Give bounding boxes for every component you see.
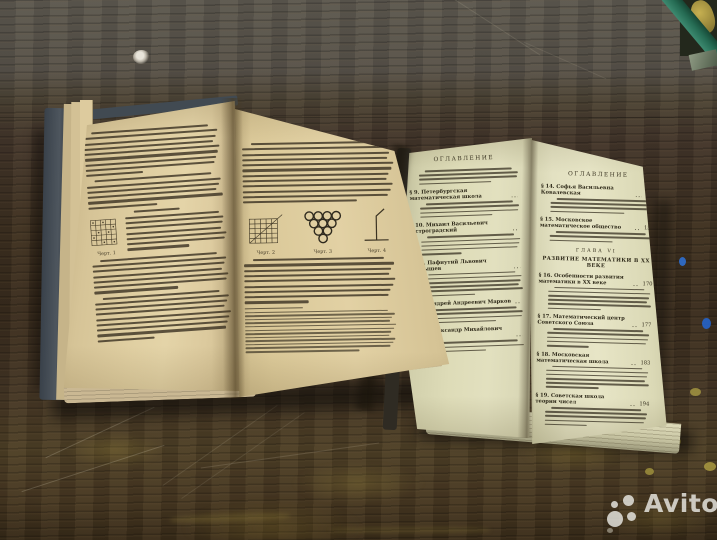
text-line — [550, 239, 612, 242]
photo-scene: ОГЛАВЛЕНИЕ § 9. Петербургская математиче… — [0, 0, 717, 540]
text-line — [557, 198, 646, 202]
figure-caption: Черт. 4 — [362, 249, 392, 255]
toc-entry: § 14. Софья Васильевна Ковалевская144 — [540, 184, 655, 215]
text-line — [546, 378, 645, 382]
text-line — [556, 231, 645, 235]
text-line — [551, 206, 651, 210]
toc-entry-title: § 15. Московское математическое общество… — [540, 217, 654, 232]
text-line — [546, 374, 646, 378]
toc-page-number: 194 — [639, 401, 649, 407]
text-line — [127, 244, 189, 250]
green-object — [652, 0, 717, 90]
text-line — [548, 299, 647, 303]
text-line — [244, 283, 393, 288]
toc-entry: § 17. Математический центр Советского Со… — [537, 314, 652, 349]
text-line — [243, 178, 387, 183]
figure-caption: Черт. 3 — [300, 250, 345, 256]
toc-header: ОГЛАВЛЕНИЕ — [408, 154, 519, 164]
chapter-label: ГЛАВА VI — [539, 248, 653, 256]
footnote-paragraph — [245, 309, 398, 353]
paragraph — [244, 257, 397, 304]
toc-entry-description — [540, 198, 654, 215]
figure-chert-1: Черт. 1 — [89, 217, 122, 257]
left-book-gutter-shadow — [221, 98, 246, 398]
text-line — [552, 407, 641, 411]
paragraph — [87, 172, 225, 210]
text-line — [244, 289, 390, 294]
text-line — [545, 419, 644, 423]
text-line — [242, 167, 391, 172]
figure-chert-3: Черт. 3 — [300, 210, 346, 256]
text-line — [554, 328, 643, 332]
dot-leader — [632, 326, 638, 327]
toc-chapter-heading: ГЛАВА VIРАЗВИТИЕ МАТЕМАТИКИ В XX ВЕКЕ — [539, 248, 653, 270]
paint-spot-yellow — [704, 462, 716, 471]
centered-reference-line — [134, 207, 180, 212]
text-line — [243, 199, 357, 203]
paragraph — [92, 251, 230, 294]
text-line — [548, 307, 601, 310]
text-line — [242, 151, 389, 156]
paint-spot-blue — [702, 318, 711, 329]
toc-intro-paragraph — [409, 167, 520, 185]
paragraph — [125, 210, 227, 254]
paragraph — [95, 289, 234, 343]
paint-spot-yellow — [645, 468, 654, 475]
toc-entry-title: § 16. Особенности развития математики в … — [538, 272, 652, 287]
text-line — [245, 345, 390, 349]
dot-leader — [513, 230, 519, 231]
avito-wordmark: Avito — [644, 489, 717, 518]
figure-caption: Черт. 2 — [248, 251, 284, 257]
text-line — [88, 203, 157, 210]
text-line — [420, 214, 492, 218]
toc-entry: § 19. Советская школа теории чисел194 — [535, 393, 650, 428]
text-line — [545, 415, 645, 419]
toc-entry-description — [538, 286, 653, 312]
toc-entry: § 15. Московское математическое общество… — [540, 217, 655, 244]
text-line — [550, 235, 652, 239]
toc-entry-title: § 18. Московская математическая школа183 — [536, 351, 650, 366]
toc-entry-title: § 14. Софья Васильевна Ковалевская144 — [541, 184, 655, 199]
figure-caption: Черт. 1 — [92, 250, 122, 257]
figure-chert-4: Черт. 4 — [361, 206, 392, 255]
text-line — [419, 181, 491, 185]
toc-entry-title: § 9. Петербургская математическая школа — [409, 186, 520, 202]
text-line — [243, 188, 391, 193]
dot-leader — [636, 196, 642, 197]
dot-leader — [514, 267, 520, 268]
text-line — [551, 210, 625, 214]
text-line — [424, 315, 522, 320]
gnomon-diagram — [361, 206, 392, 244]
toc-entry-description — [535, 407, 649, 428]
toc-entry-description — [537, 328, 651, 349]
dot-leader — [630, 405, 636, 406]
paint-spot-white — [133, 50, 150, 64]
toc-entries-right: § 14. Софья Васильевна Ковалевская144§ 1… — [535, 184, 655, 428]
text-line — [244, 268, 391, 273]
paint-spot-yellow — [690, 388, 701, 396]
text-line — [244, 278, 395, 283]
text-line — [548, 295, 648, 299]
text-line — [555, 287, 644, 291]
text-line — [545, 424, 587, 427]
text-line — [242, 157, 387, 162]
text-line — [245, 301, 309, 304]
toc-page-number: 183 — [640, 360, 650, 366]
text-line — [244, 273, 389, 278]
chapter-title: РАЗВИТИЕ МАТЕМАТИКИ В XX ВЕКЕ — [539, 255, 653, 270]
dot-leader — [512, 196, 518, 197]
paragraph — [242, 141, 395, 204]
text-line — [422, 252, 462, 255]
avito-watermark: Avito — [598, 486, 716, 534]
text-line — [547, 340, 646, 344]
dot-leader — [631, 363, 637, 364]
text-line — [86, 171, 143, 177]
toc-entry-title: § 11. Пафнутий Львович Чебышев — [412, 257, 523, 273]
paragraph — [83, 124, 222, 178]
text-line — [553, 365, 642, 369]
text-line — [98, 336, 155, 342]
grid-diagram — [247, 214, 284, 246]
text-line — [245, 294, 389, 299]
toc-entry-description — [411, 233, 523, 255]
toc-entry-description — [536, 365, 651, 391]
toc-page-number: 177 — [641, 322, 651, 328]
figure-chert-2: Черт. 2 — [247, 214, 284, 257]
text-line — [246, 349, 360, 352]
text-line — [242, 162, 393, 167]
toc-entry-title: § 17. Математический центр Советского Со… — [537, 314, 651, 329]
toc-entry-title: § 10. Михаил Васильевич Остроградский — [411, 219, 522, 235]
text-line — [243, 194, 388, 199]
toc-entry: § 16. Особенности развития математики в … — [538, 272, 653, 312]
text-line — [546, 386, 599, 389]
text-line — [253, 257, 384, 261]
text-line — [244, 262, 394, 267]
triangular-numbers-diagram — [300, 210, 346, 245]
paint-streak-olive — [330, 527, 490, 533]
text-line — [242, 146, 392, 151]
left-book-left-page: Черт. 1 8 — [62, 98, 240, 400]
text-line — [548, 303, 651, 307]
dot-leader — [635, 229, 641, 230]
toc-entry-title: § 19. Советская школа теории чисел194 — [535, 393, 649, 408]
toc-entry-description — [540, 231, 654, 244]
paint-spot-blue — [679, 257, 686, 266]
text-line — [547, 332, 649, 336]
text-line — [423, 287, 523, 292]
text-line — [419, 176, 517, 181]
text-line — [243, 183, 393, 188]
text-line — [420, 209, 518, 214]
toc-page-number: 170 — [642, 281, 652, 287]
text-line — [242, 172, 388, 177]
toc-entry: § 10. Михаил Васильевич Остроградский — [411, 219, 523, 255]
text-line — [547, 345, 589, 348]
text-line — [427, 234, 514, 239]
magic-square-diagram — [89, 217, 121, 246]
dot-leader — [634, 285, 640, 286]
text-line — [547, 336, 647, 340]
toc-entry-description — [410, 200, 521, 218]
toc-header: ОГЛАВЛЕНИЕ — [541, 171, 655, 180]
toc-entry: § 18. Московская математическая школа183 — [536, 351, 651, 391]
footnote-rule — [245, 307, 303, 309]
text-line — [421, 246, 517, 251]
toc-entry: § 9. Петербургская математическая школа — [409, 186, 521, 218]
text-line — [546, 369, 648, 373]
